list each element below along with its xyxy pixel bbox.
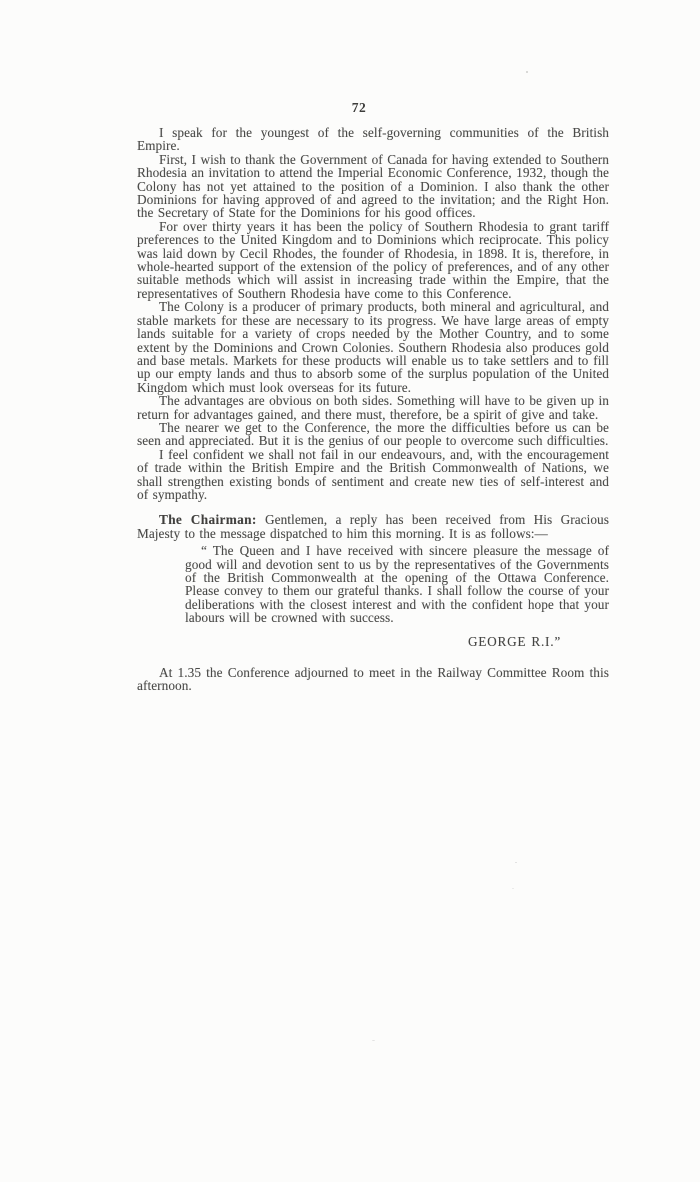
scan-speck: [372, 1040, 375, 1041]
paragraph-adjournment: At 1.35 the Conference adjourned to meet…: [137, 666, 609, 693]
royal-signature: GEORGE R.I.”: [137, 635, 609, 648]
paragraph-chairman: The Chairman: Gentlemen, a reply has bee…: [137, 513, 609, 540]
paragraph-speech-1: I speak for the youngest of the self-gov…: [137, 126, 609, 153]
paragraph-speech-6: The nearer we get to the Conference, the…: [137, 421, 609, 448]
scan-speck: [512, 888, 514, 889]
page-body: I speak for the youngest of the self-gov…: [137, 126, 609, 693]
scan-speck: [526, 71, 528, 73]
paragraph-speech-7: I feel confident we shall not fail in ou…: [137, 448, 609, 502]
scan-speck: [515, 862, 517, 863]
paragraph-speech-3: For over thirty years it has been the po…: [137, 220, 609, 300]
paragraph-speech-4: The Colony is a producer of primary prod…: [137, 300, 609, 394]
paragraph-speech-5: The advantages are obvious on both sides…: [137, 394, 609, 421]
paragraph-speech-2: First, I wish to thank the Government of…: [137, 153, 609, 220]
page-number: 72: [125, 100, 593, 116]
scanned-document-page: 72 I speak for the youngest of the self-…: [0, 0, 700, 1182]
royal-message-blockquote: “ The Queen and I have received with sin…: [185, 544, 609, 624]
